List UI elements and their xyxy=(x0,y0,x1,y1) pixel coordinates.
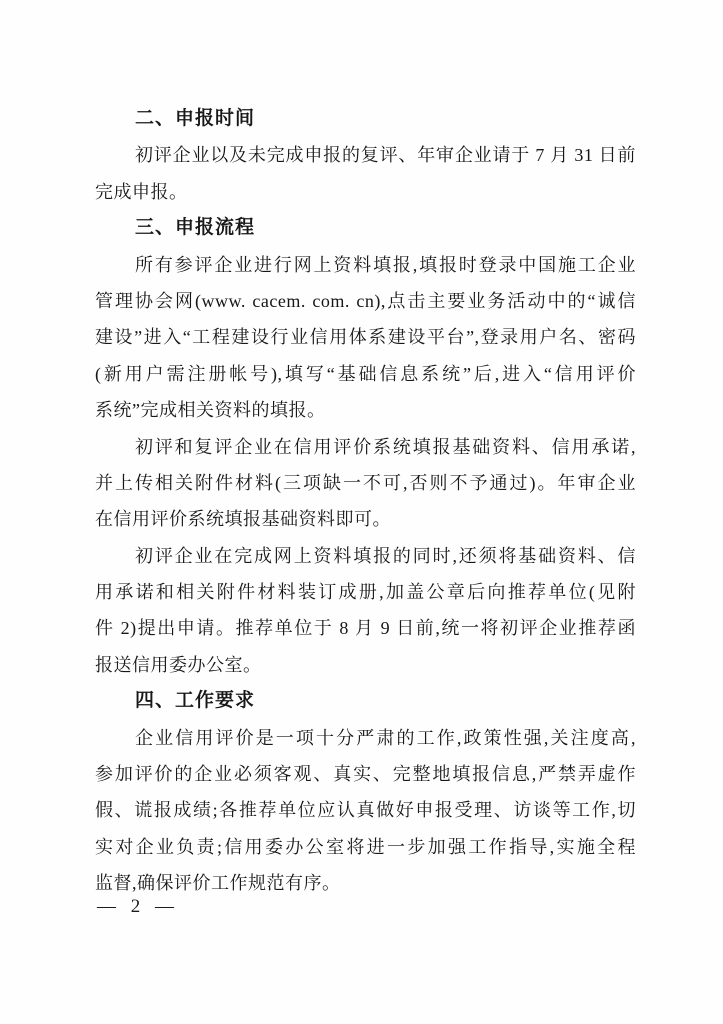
text-line: 完成申报。 xyxy=(95,174,636,210)
text-line: 假、谎报成绩;各推荐单位应认真做好申报受理、访谈等工作,切 xyxy=(95,792,636,828)
text-line: 件 2)提出申请。推荐单位于 8 月 9 日前,统一将初评企业推荐函 xyxy=(95,610,636,646)
document-body: 二、申报时间 初评企业以及未完成申报的复评、年审企业请于 7 月 31 日前 完… xyxy=(95,101,636,902)
text-line: 初评企业以及未完成申报的复评、年审企业请于 7 月 31 日前 xyxy=(95,137,636,173)
text-line: 报送信用委办公室。 xyxy=(95,647,636,683)
text-line: 初评和复评企业在信用评价系统填报基础资料、信用承诺, xyxy=(95,429,636,465)
text-line: (新用户需注册帐号),填写“基础信息系统”后,进入“信用评价 xyxy=(95,356,636,392)
document-page: 二、申报时间 初评企业以及未完成申报的复评、年审企业请于 7 月 31 日前 完… xyxy=(0,0,723,1024)
section-heading-4: 四、工作要求 xyxy=(95,683,636,719)
text-line: 建设”进入“工程建设行业信用体系建设平台”,登录用户名、密码 xyxy=(95,319,636,355)
section-heading-3: 三、申报流程 xyxy=(95,210,636,246)
text-line: 管理协会网(www. cacem. com. cn),点击主要业务活动中的“诚信 xyxy=(95,283,636,319)
text-line: 用承诺和相关附件材料装订成册,加盖公章后向推荐单位(见附 xyxy=(95,574,636,610)
text-line: 在信用评价系统填报基础资料即可。 xyxy=(95,501,636,537)
text-line: 参加评价的企业必须客观、真实、完整地填报信息,严禁弄虚作 xyxy=(95,756,636,792)
text-line: 系统”完成相关资料的填报。 xyxy=(95,392,636,428)
section-heading-2: 二、申报时间 xyxy=(95,101,636,137)
text-line: 企业信用评价是一项十分严肃的工作,政策性强,关注度高, xyxy=(95,720,636,756)
text-line: 实对企业负责;信用委办公室将进一步加强工作指导,实施全程 xyxy=(95,829,636,865)
text-line: 初评企业在完成网上资料填报的同时,还须将基础资料、信 xyxy=(95,538,636,574)
text-line: 并上传相关附件材料(三项缺一不可,否则不予通过)。年审企业 xyxy=(95,465,636,501)
page-number: — 2 — xyxy=(97,889,179,925)
text-line: 所有参评企业进行网上资料填报,填报时登录中国施工企业 xyxy=(95,247,636,283)
